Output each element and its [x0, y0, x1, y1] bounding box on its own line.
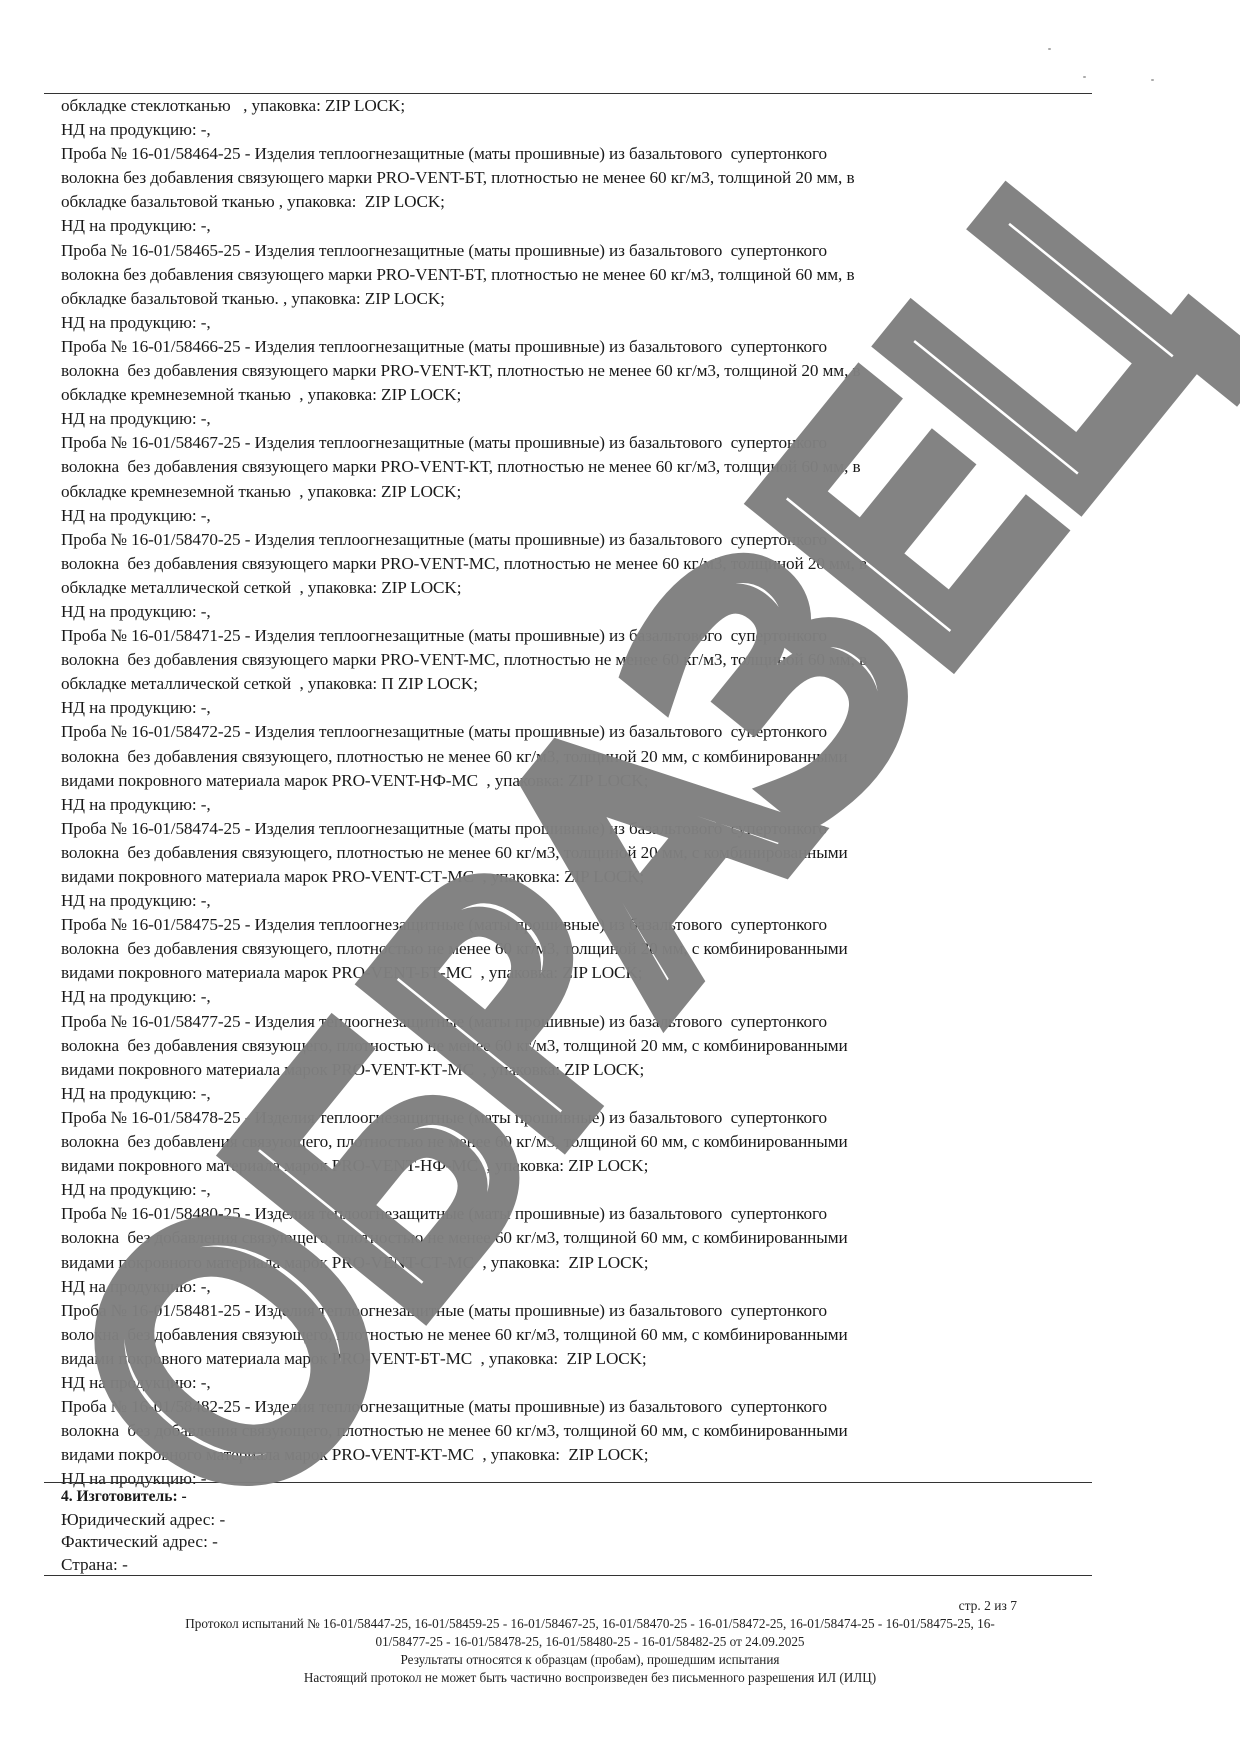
document-line: НД на продукцию: -, — [61, 504, 1101, 528]
document-line: волокна без добавления связующего, плотн… — [61, 1226, 1101, 1250]
document-line: обкладке базальтовой тканью. , упаковка:… — [61, 287, 1101, 311]
document-line: Проба № 16-01/58471-25 - Изделия теплоог… — [61, 624, 1101, 648]
document-line: волокна без добавления связующего марки … — [61, 455, 1101, 479]
document-line: видами покровного материала марок PRO-VE… — [61, 961, 1101, 985]
scan-speck — [1151, 79, 1154, 81]
document-line: волокна без добавления связующего, плотн… — [61, 1323, 1101, 1347]
document-line: НД на продукцию: -, — [61, 985, 1101, 1009]
document-line: НД на продукцию: -, — [61, 696, 1101, 720]
document-line: волокна без добавления связующего, плотн… — [61, 937, 1101, 961]
document-line: НД на продукцию: -, — [61, 1082, 1101, 1106]
document-line: Проба № 16-01/58474-25 - Изделия теплоог… — [61, 817, 1101, 841]
document-line: волокна без добавления связующего марки … — [61, 552, 1101, 576]
document-page: обкладке стеклотканью , упаковка: ZIP LO… — [0, 0, 1240, 1754]
document-line: видами покровного материала марок PRO-VE… — [61, 1347, 1101, 1371]
document-line: волокна без добавления связующего марки … — [61, 648, 1101, 672]
document-line: Проба № 16-01/58464-25 - Изделия теплоог… — [61, 142, 1101, 166]
copy-note: Настоящий протокол не может быть частичн… — [60, 1669, 1120, 1687]
scan-speck — [1083, 76, 1086, 78]
manufacturer-heading: 4. Изготовитель: - — [61, 1486, 1061, 1509]
document-line: Проба № 16-01/58470-25 - Изделия теплоог… — [61, 528, 1101, 552]
document-line: Проба № 16-01/58478-25 - Изделия теплоог… — [61, 1106, 1101, 1130]
document-line: видами покровного материала марок PRO-VE… — [61, 769, 1101, 793]
document-line: НД на продукцию: -, — [61, 214, 1101, 238]
document-line: Проба № 16-01/58480-25 - Изделия теплоог… — [61, 1202, 1101, 1226]
document-line: НД на продукцию: -, — [61, 118, 1101, 142]
document-line: волокна без добавления связующего, плотн… — [61, 841, 1101, 865]
document-line: видами покровного материала марок PRO-VE… — [61, 1251, 1101, 1275]
document-line: НД на продукцию: -, — [61, 1275, 1101, 1299]
document-line: Проба № 16-01/58472-25 - Изделия теплоог… — [61, 720, 1101, 744]
actual-address: Фактический адрес: - — [61, 1531, 1061, 1554]
document-line: обкладке базальтовой тканью , упаковка: … — [61, 190, 1101, 214]
document-line: НД на продукцию: -, — [61, 889, 1101, 913]
sample-list: обкладке стеклотканью , упаковка: ZIP LO… — [61, 94, 1101, 1491]
document-line: Проба № 16-01/58482-25 - Изделия теплоог… — [61, 1395, 1101, 1419]
document-line: НД на продукцию: -, — [61, 407, 1101, 431]
document-line: Проба № 16-01/58475-25 - Изделия теплоог… — [61, 913, 1101, 937]
document-line: волокна без добавления связующего, плотн… — [61, 745, 1101, 769]
protocol-line-1: Протокол испытаний № 16-01/58447-25, 16-… — [60, 1615, 1120, 1633]
document-line: волокна без добавления связующего марки … — [61, 359, 1101, 383]
country: Страна: - — [61, 1554, 1061, 1577]
document-line: видами покровного материала марок PRO-VE… — [61, 1154, 1101, 1178]
legal-address: Юридический адрес: - — [61, 1509, 1061, 1532]
document-line: видами покровного материала марок PRO-VE… — [61, 865, 1101, 889]
page-footer: стр. 2 из 7 Протокол испытаний № 16-01/5… — [60, 1597, 1120, 1687]
document-line: Проба № 16-01/58465-25 - Изделия теплоог… — [61, 239, 1101, 263]
document-line: волокна без добавления связующего, плотн… — [61, 1130, 1101, 1154]
document-line: обкладке кремнеземной тканью , упаковка:… — [61, 383, 1101, 407]
document-line: обкладке металлической сеткой , упаковка… — [61, 672, 1101, 696]
document-line: волокна без добавления связующего марки … — [61, 263, 1101, 287]
document-line: волокна без добавления связующего, плотн… — [61, 1419, 1101, 1443]
bottom-divider — [44, 1575, 1092, 1576]
document-line: Проба № 16-01/58481-25 - Изделия теплоог… — [61, 1299, 1101, 1323]
section-divider — [44, 1482, 1092, 1483]
document-line: НД на продукцию: -, — [61, 600, 1101, 624]
document-line: волокна без добавления связующего марки … — [61, 166, 1101, 190]
document-line: Проба № 16-01/58467-25 - Изделия теплоог… — [61, 431, 1101, 455]
document-line: обкладке стеклотканью , упаковка: ZIP LO… — [61, 94, 1101, 118]
manufacturer-section: 4. Изготовитель: - Юридический адрес: - … — [61, 1486, 1061, 1576]
document-line: обкладке кремнеземной тканью , упаковка:… — [61, 480, 1101, 504]
document-line: Проба № 16-01/58477-25 - Изделия теплоог… — [61, 1010, 1101, 1034]
document-line: видами покровного материала марок PRO-VE… — [61, 1443, 1101, 1467]
document-line: Проба № 16-01/58466-25 - Изделия теплоог… — [61, 335, 1101, 359]
document-line: обкладке металлической сеткой , упаковка… — [61, 576, 1101, 600]
document-line: волокна без добавления связующего, плотн… — [61, 1034, 1101, 1058]
document-line: НД на продукцию: -, — [61, 311, 1101, 335]
results-note: Результаты относятся к образцам (пробам)… — [60, 1651, 1120, 1669]
document-line: видами покровного материала марок PRO-VE… — [61, 1058, 1101, 1082]
page-number: стр. 2 из 7 — [60, 1597, 1120, 1615]
protocol-line-2: 01/58477-25 - 16-01/58478-25, 16-01/5848… — [60, 1633, 1120, 1651]
scan-speck — [1048, 48, 1051, 50]
document-line: НД на продукцию: -, — [61, 1178, 1101, 1202]
document-line: НД на продукцию: -, — [61, 793, 1101, 817]
document-line: НД на продукцию: -, — [61, 1371, 1101, 1395]
